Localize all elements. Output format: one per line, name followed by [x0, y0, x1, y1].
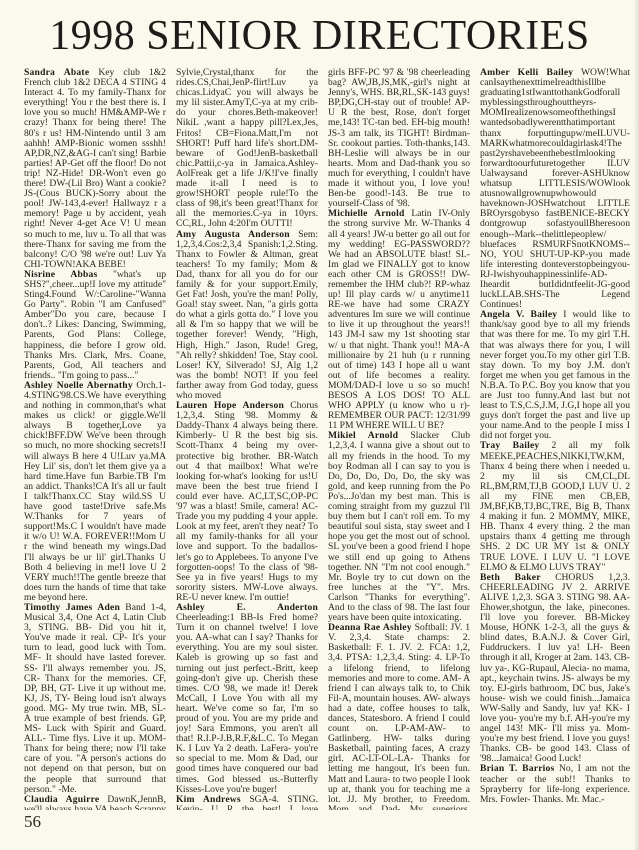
- senior-entry: Amy Augusta Anderson Sem: 1,2,3,4.Cos:2,…: [176, 230, 318, 402]
- senior-entry: Tray Bailey 2 all my folk MEEKE,PEACHES,…: [480, 441, 630, 572]
- senior-message: Key club 1&2 French club 1&2 DECA 4 STIN…: [24, 68, 166, 270]
- senior-entry: Kim Andrews SGA-4. STING. Kevin- U R the…: [176, 795, 318, 810]
- senior-entry: Michielle Arnold Latin IV-Only the stron…: [328, 209, 470, 431]
- senior-entry: Amber Kelli Bailey WOW!What canIsaythene…: [480, 68, 630, 310]
- directory-columns: Sandra Abate Key club 1&2 French club 1&…: [24, 68, 620, 810]
- senior-message: Band 1-4, Musical 3,4, One Act 4, Latin …: [24, 602, 166, 795]
- senior-message: Cheerleading:1 BB-Is Fred home? Turn it …: [176, 612, 318, 795]
- senior-message: Sylvie,Crystal,thanx for the rides.CS,Ch…: [176, 68, 318, 229]
- column-1: Sandra Abate Key club 1&2 French club 1&…: [24, 68, 166, 810]
- senior-message: girls BFF-PC '97 & '98 cheerleading bag?…: [328, 68, 470, 209]
- senior-entry-continued: Sylvie,Crystal,thanx for the rides.CS,Ch…: [176, 68, 318, 230]
- senior-entry: Beth Baker CHORUS 1,2,3. CHEERLEADING JV…: [480, 573, 630, 765]
- senior-message: Slacker Club 1,2,3,4. I wanna give a sho…: [328, 430, 470, 623]
- column-3: girls BFF-PC '97 & '98 cheerleading bag?…: [328, 68, 470, 810]
- senior-message: Orch.1-4.STING'98.CS.We have everything …: [24, 380, 166, 603]
- senior-entry: Nisrine Abbas "what's up SHS?",cheer...u…: [24, 270, 166, 381]
- column-4: Amber Kelli Bailey WOW!What canIsaythene…: [480, 68, 630, 810]
- senior-entry: Mikiel Arnold Slacker Club 1,2,3,4. I wa…: [328, 431, 470, 623]
- senior-entry: Ashley Noelle Abernathy Orch.1-4.STING'9…: [24, 381, 166, 603]
- senior-message: CHORUS 1,2,3. CHEERLEADING JV 2. ARRIVE …: [480, 572, 630, 765]
- senior-entry: Timothy James Aden Band 1-4, Musical 3,4…: [24, 603, 166, 795]
- senior-entry: Brian T. Barrios No, I am not the teache…: [480, 764, 630, 804]
- senior-entry: Claudia Aguirre DawnK,JennB, we'll alway…: [24, 795, 166, 810]
- senior-entry: Sandra Abate Key club 1&2 French club 1&…: [24, 68, 166, 270]
- senior-message: 2 all my folk MEEKE,PEACHES,NIKKI,TW,KM,…: [480, 440, 630, 572]
- senior-entry: Lauren Hope Anderson Chorus 1,2,3,4. Sti…: [176, 401, 318, 603]
- senior-message: WOW!What canIsaythenexttimeIreadthisIllb…: [480, 68, 630, 310]
- senior-entry: Angela V. Bailey I would like to thank/s…: [480, 310, 630, 441]
- senior-message: Latin IV-Only the strong survive Mr. W-T…: [328, 208, 470, 431]
- senior-entry: Ashley E. Anderton Cheerleading:1 BB-Is …: [176, 603, 318, 795]
- senior-message: Sem: 1,2,3,4.Cos:2,3,4 Spanish:1,2.Sting…: [176, 229, 318, 402]
- page-edge-shadow: [633, 0, 639, 850]
- senior-message: "what's up SHS?",cheer...up!I love my at…: [24, 269, 166, 381]
- page-title: 1998 SENIOR DIRECTORIES: [0, 14, 639, 58]
- senior-message: Softball: JV. 1 V. 2,3,4. State champs: …: [328, 622, 470, 810]
- senior-entry: Deanna Rae Ashley Softball: JV. 1 V. 2,3…: [328, 623, 470, 810]
- page-number: 56: [24, 812, 41, 832]
- senior-entry-continued: girls BFF-PC '97 & '98 cheerleading bag?…: [328, 68, 470, 209]
- column-2: Sylvie,Crystal,thanx for the rides.CS,Ch…: [176, 68, 318, 810]
- senior-message: Chorus 1,2,3,4. Sting '98. Mommy & Daddy…: [176, 400, 318, 603]
- senior-message: I would like to thank/say good bye to al…: [480, 309, 630, 441]
